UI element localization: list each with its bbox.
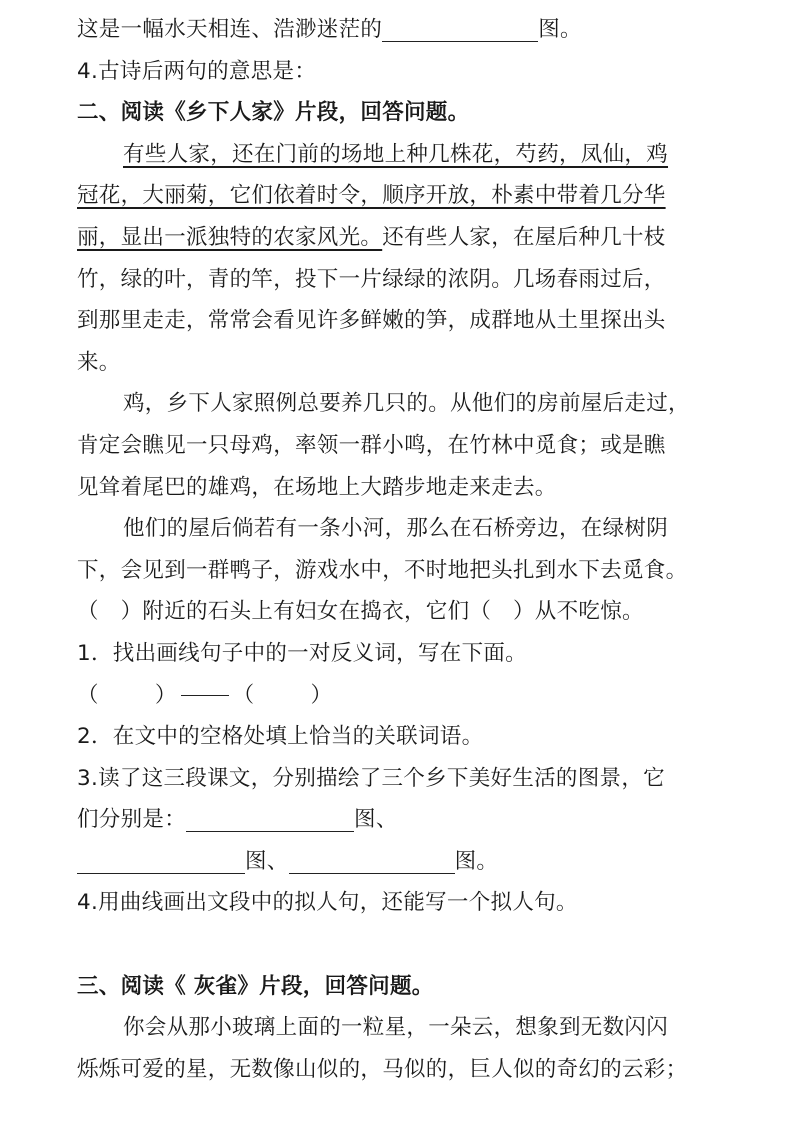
passage-line: 肯定会瞧见一只母鸡，率领一群小鸣，在竹林中觅食；或是瞧 (77, 425, 722, 467)
text: 图。 (538, 17, 582, 42)
paren-close: ） (310, 683, 332, 708)
question-4-poem: 4.古诗后两句的意思是： (77, 51, 722, 93)
passage-line: 他们的屋后倘若有一条小河，那么在石桥旁边，在绿树阴 (77, 508, 722, 550)
underlined-sentence: 有些人家，还在门前的场地上种几株花，芍药，凤仙，鸡 (123, 142, 668, 167)
underlined-sentence: 冠花，大丽菊，它们依着时令，顺序开放，朴素中带着几分华 (77, 183, 666, 208)
text: 图。 (455, 849, 499, 874)
passage-line: 烁烁可爱的星，无数像山似的，马似的，巨人似的奇幻的云彩； (77, 1049, 722, 1091)
passage-line: 到那里走走，常常会看见许多鲜嫩的笋，成群地从土里探出头 (77, 300, 722, 342)
answer-blank[interactable] (186, 805, 354, 832)
question-3-answer-line2: 图、图。 (77, 841, 722, 883)
text: 们分别是： (77, 807, 186, 832)
passage-line: 竹，绿的叶，青的竿，投下一片绿绿的浓阴。几场春雨过后， (77, 259, 722, 301)
dash-connector (181, 695, 229, 696)
question-2: 2．在文中的空格处填上恰当的关联词语。 (77, 716, 722, 758)
text: 还有些人家，在屋后种几十枝 (382, 225, 665, 250)
text: 这是一幅水天相连、浩渺迷茫的 (77, 17, 382, 42)
passage-line-with-blanks[interactable]: （ ）附近的石头上有妇女在捣衣，它们（ ）从不吃惊。 (77, 591, 722, 633)
passage-line: 丽，显出一派独特的农家风光。还有些人家，在屋后种几十枝 (77, 217, 722, 259)
section-three-heading: 三、阅读《 灰雀》片段，回答问题。 (77, 966, 722, 1008)
question-3: 3.读了这三段课文，分别描绘了三个乡下美好生活的图景，它 (77, 758, 722, 800)
underlined-sentence: 丽，显出一派独特的农家风光。 (77, 225, 382, 250)
passage-line: 来。 (77, 342, 722, 384)
passage-line: 下，会见到一群鸭子，游戏水中，不时地把头扎到水下去觅食。 (77, 550, 722, 592)
passage-line: 冠花，大丽菊，它们依着时令，顺序开放，朴素中带着几分华 (77, 175, 722, 217)
paren-open: （ (233, 683, 255, 708)
question-3-answer-line1: 们分别是：图、 (77, 799, 722, 841)
text: 图、 (245, 849, 289, 874)
paren-close: ） (155, 683, 177, 708)
section-two-heading: 二、阅读《乡下人家》片段，回答问题。 (77, 92, 722, 134)
passage-line: 你会从那小玻璃上面的一粒星，一朵云，想象到无数闪闪 (77, 1007, 722, 1049)
spacer (77, 924, 722, 966)
answer-blank[interactable] (77, 847, 245, 874)
passage-line: 有些人家，还在门前的场地上种几株花，芍药，凤仙，鸡 (77, 134, 722, 176)
passage-line: 鸡，乡下人家照例总要养几只的。从他们的房前屋后走过， (77, 383, 722, 425)
question-4: 4.用曲线画出文段中的拟人句，还能写一个拟人句。 (77, 882, 722, 924)
prev-question-line: 这是一幅水天相连、浩渺迷茫的图。 (77, 9, 722, 51)
passage-line: 见耸着尾巴的雄鸡，在场地上大踏步地走来走去。 (77, 467, 722, 509)
answer-blank[interactable] (382, 15, 538, 42)
question-1-answer[interactable]: （）（） (77, 675, 722, 717)
question-1: 1．找出画线句子中的一对反义词，写在下面。 (77, 633, 722, 675)
answer-blank[interactable] (289, 847, 455, 874)
text: 图、 (354, 807, 398, 832)
paren-open: （ (77, 683, 99, 708)
worksheet-page: 这是一幅水天相连、浩渺迷茫的图。 4.古诗后两句的意思是： 二、阅读《乡下人家》… (77, 9, 722, 1090)
